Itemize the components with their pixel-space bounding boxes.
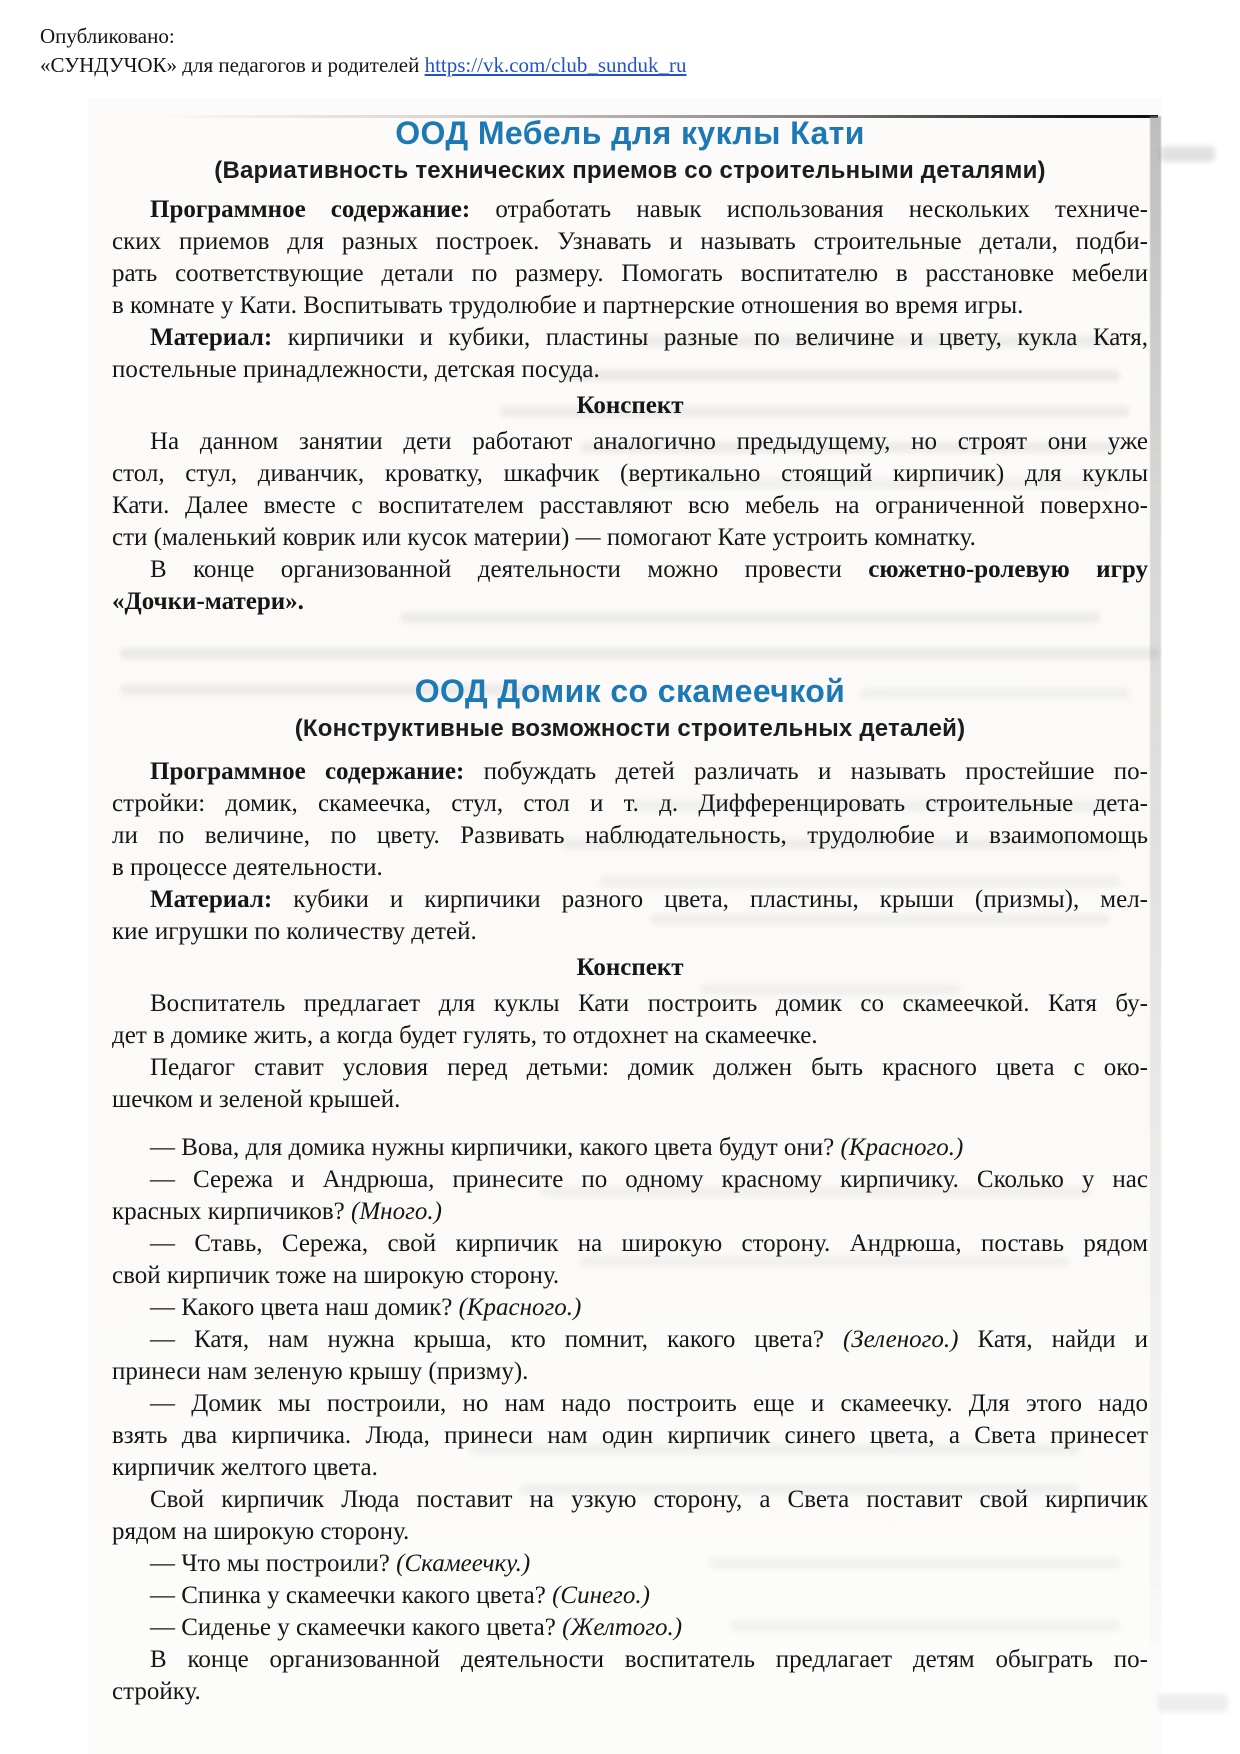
scan-right-edge — [1150, 116, 1161, 1646]
bold-run: Программное содержание: — [150, 758, 464, 785]
paragraph-6: На данном занятии дети работают аналогич… — [112, 426, 1148, 554]
text-run: На данном занятии дети работают аналогич… — [150, 428, 1148, 455]
bleed-through-artifact — [1160, 146, 1215, 162]
paragraph-22: — Что мы построили? (Скамеечку.) — [112, 1548, 1148, 1580]
text-run: рать соответствующие детали по размеру. … — [112, 260, 1148, 287]
text-line: Воспитатель предлагает для куклы Кати по… — [112, 988, 1148, 1020]
italic-answer-run: (Много.) — [351, 1198, 442, 1225]
text-run: шечком и зеленой крышей. — [112, 1086, 400, 1113]
text-line: дет в домике жить, а когда будет гулять,… — [112, 1020, 1148, 1052]
text-line: шечком и зеленой крышей. — [112, 1084, 1148, 1116]
text-run: в процессе деятельности. — [112, 854, 383, 881]
subtitle-9: (Конструктивные возможности строительных… — [112, 712, 1148, 746]
text-run: Катя, найди и — [959, 1326, 1149, 1353]
text-line: взять два кирпичика. Люда, принеси нам о… — [112, 1420, 1148, 1452]
text-line: Программное содержание: побуждать детей … — [112, 756, 1148, 788]
text-line: свой кирпичик тоже на широкую сторону. — [112, 1260, 1148, 1292]
text-run: сти (маленький коврик или кусок материи)… — [112, 524, 976, 551]
text-line: — Какого цвета наш домик? (Красного.) — [112, 1292, 1148, 1324]
text-run: — Что мы построили? — [150, 1550, 396, 1577]
text-line: сти (маленький коврик или кусок материи)… — [112, 522, 1148, 554]
paragraph-21: Свой кирпичик Люда поставит на узкую сто… — [112, 1484, 1148, 1548]
text-run: — Вова, для домика нужны кирпичики, како… — [150, 1134, 841, 1161]
paragraph-16: — Сережа и Андрюша, принесите по одному … — [112, 1164, 1148, 1228]
text-line: В конце организованной деятельности можн… — [112, 554, 1148, 586]
text-line: принеси нам зеленую крышу (призму). — [112, 1356, 1148, 1388]
text-line: рать соответствующие детали по размеру. … — [112, 258, 1148, 290]
text-line: ских приемов для разных построек. Узнава… — [112, 226, 1148, 258]
title-8: ООД Домик со скамеечкой — [112, 670, 1148, 712]
text-run: стройки: домик, скамеечка, стул, стол и … — [112, 790, 1148, 817]
text-line: стол, стул, диванчик, кроватку, шкафчик … — [112, 458, 1148, 490]
text-line: стройки: домик, скамеечка, стул, стол и … — [112, 788, 1148, 820]
text-run: Педагог ставит условия перед детьми: дом… — [150, 1054, 1148, 1081]
text-line: — Вова, для домика нужны кирпичики, како… — [112, 1132, 1148, 1164]
text-run: — Сережа и Андрюша, принесите по одному … — [150, 1166, 1148, 1193]
text-run: взять два кирпичика. Люда, принеси нам о… — [112, 1422, 1148, 1449]
published-prefix: «СУНДУЧОК» для педагогов и родителей — [40, 53, 425, 77]
text-line: В конце организованной деятельности восп… — [112, 1644, 1148, 1676]
text-line: в комнате у Кати. Воспитывать трудолюбие… — [112, 290, 1148, 322]
bleed-through-artifact — [1158, 1694, 1228, 1712]
text-line: постельные принадлежности, детская посуд… — [112, 354, 1148, 386]
text-line: — Катя, нам нужна крыша, кто помнит, как… — [112, 1324, 1148, 1356]
text-run: ли по величине, по цвету. Развивать набл… — [112, 822, 1148, 849]
paragraph-4: Материал: кирпичики и кубики, пластины р… — [112, 322, 1148, 386]
text-line: — Сиденье у скамеечки какого цвета? (Жел… — [112, 1612, 1148, 1644]
bold-run: Материал: — [150, 886, 272, 913]
text-run: Кати. Далее вместе с воспитателем расста… — [112, 492, 1148, 519]
text-run: ских приемов для разных построек. Узнава… — [112, 228, 1148, 255]
text-line: — Что мы построили? (Скамеечку.) — [112, 1548, 1148, 1580]
text-line: кие игрушки по количеству детей. — [112, 916, 1148, 948]
text-run: кирпичики и кубики, пластины разные по в… — [272, 324, 1148, 351]
heading-5: Конспект — [112, 390, 1148, 422]
paragraph-13: Воспитатель предлагает для куклы Кати по… — [112, 988, 1148, 1052]
text-run: свой кирпичик тоже на широкую сторону. — [112, 1262, 559, 1289]
paragraph-10: Программное содержание: побуждать детей … — [112, 756, 1148, 884]
text-run: стройку. — [112, 1678, 201, 1705]
text-line: «Дочки-матери». — [112, 586, 1148, 618]
italic-answer-run: (Скамеечку.) — [396, 1550, 530, 1577]
text-run: красных кирпичиков? — [112, 1198, 351, 1225]
text-run: побуждать детей различать и называть про… — [464, 758, 1148, 785]
text-line: стройку. — [112, 1676, 1148, 1708]
italic-answer-run: (Красного.) — [459, 1294, 582, 1321]
paragraph-18: — Какого цвета наш домик? (Красного.) — [112, 1292, 1148, 1324]
italic-answer-run: (Зеленого.) — [843, 1326, 959, 1353]
text-run: рядом на широкую сторону. — [112, 1518, 409, 1545]
paragraph-17: — Ставь, Сережа, свой кирпичик на широку… — [112, 1228, 1148, 1292]
paragraph-11: Материал: кубики и кирпичики разного цве… — [112, 884, 1148, 948]
text-line: — Домик мы построили, но нам надо постро… — [112, 1388, 1148, 1420]
paragraph-20: — Домик мы построили, но нам надо постро… — [112, 1388, 1148, 1484]
text-line: Материал: кубики и кирпичики разного цве… — [112, 884, 1148, 916]
text-line: — Сережа и Андрюша, принесите по одному … — [112, 1164, 1148, 1196]
text-run: В конце организованной деятельности можн… — [150, 556, 868, 583]
text-run: принеси нам зеленую крышу (призму). — [112, 1358, 528, 1385]
published-line: «СУНДУЧОК» для педагогов и родителей htt… — [40, 51, 687, 80]
bold-run: «Дочки-матери». — [112, 588, 304, 615]
text-line: — Ставь, Сережа, свой кирпичик на широку… — [112, 1228, 1148, 1260]
text-run: дет в домике жить, а когда будет гулять,… — [112, 1022, 818, 1049]
paragraph-25: В конце организованной деятельности восп… — [112, 1644, 1148, 1708]
text-run: — Ставь, Сережа, свой кирпичик на широку… — [150, 1230, 1148, 1257]
text-run: кие игрушки по количеству детей. — [112, 918, 477, 945]
text-run: Воспитатель предлагает для куклы Кати по… — [150, 990, 1148, 1017]
text-line: Программное содержание: отработать навык… — [112, 194, 1148, 226]
italic-answer-run: (Желтого.) — [562, 1614, 682, 1641]
published-header: Опубликовано: «СУНДУЧОК» для педагогов и… — [40, 22, 687, 80]
text-run: — Какого цвета наш домик? — [150, 1294, 459, 1321]
text-run: в комнате у Кати. Воспитывать трудолюбие… — [112, 292, 1023, 319]
paragraph-3: Программное содержание: отработать навык… — [112, 194, 1148, 322]
document-column: ООД Мебель для куклы Кати(Вариативность … — [112, 112, 1148, 1708]
italic-answer-run: (Синего.) — [552, 1582, 650, 1609]
paragraph-24: — Сиденье у скамеечки какого цвета? (Жел… — [112, 1612, 1148, 1644]
bold-run: Материал: — [150, 324, 272, 351]
subtitle-2: (Вариативность технических приемов со ст… — [112, 154, 1148, 188]
text-run: стол, стул, диванчик, кроватку, шкафчик … — [112, 460, 1148, 487]
italic-answer-run: (Красного.) — [841, 1134, 964, 1161]
text-line: ли по величине, по цвету. Развивать набл… — [112, 820, 1148, 852]
text-run: — Катя, нам нужна крыша, кто помнит, как… — [150, 1326, 843, 1353]
text-line: в процессе деятельности. — [112, 852, 1148, 884]
heading-12: Конспект — [112, 952, 1148, 984]
paragraph-19: — Катя, нам нужна крыша, кто помнит, как… — [112, 1324, 1148, 1388]
text-run: кубики и кирпичики разного цвета, пласти… — [272, 886, 1148, 913]
text-run: — Спинка у скамеечки какого цвета? — [150, 1582, 552, 1609]
bold-run: сюжетно-ролевую игру — [868, 556, 1148, 583]
text-line: — Спинка у скамеечки какого цвета? (Сине… — [112, 1580, 1148, 1612]
text-run: кирпичик желтого цвета. — [112, 1454, 378, 1481]
publisher-link[interactable]: https://vk.com/club_sunduk_ru — [425, 53, 687, 77]
text-line: Свой кирпичик Люда поставит на узкую сто… — [112, 1484, 1148, 1516]
bold-run: Программное содержание: — [150, 196, 470, 223]
paragraph-14: Педагог ставит условия перед детьми: дом… — [112, 1052, 1148, 1116]
text-line: Кати. Далее вместе с воспитателем расста… — [112, 490, 1148, 522]
text-line: Материал: кирпичики и кубики, пластины р… — [112, 322, 1148, 354]
text-run: отработать навык использования нескольки… — [470, 196, 1148, 223]
text-line: красных кирпичиков? (Много.) — [112, 1196, 1148, 1228]
text-line: кирпичик желтого цвета. — [112, 1452, 1148, 1484]
paragraph-23: — Спинка у скамеечки какого цвета? (Сине… — [112, 1580, 1148, 1612]
text-line: Педагог ставит условия перед детьми: дом… — [112, 1052, 1148, 1084]
published-label: Опубликовано: — [40, 22, 687, 51]
text-run: — Домик мы построили, но нам надо постро… — [150, 1390, 1148, 1417]
text-line: На данном занятии дети работают аналогич… — [112, 426, 1148, 458]
paragraph-15: — Вова, для домика нужны кирпичики, како… — [112, 1132, 1148, 1164]
text-run: В конце организованной деятельности восп… — [150, 1646, 1148, 1673]
text-run: — Сиденье у скамеечки какого цвета? — [150, 1614, 562, 1641]
title-1: ООД Мебель для куклы Кати — [112, 112, 1148, 154]
text-run: постельные принадлежности, детская посуд… — [112, 356, 600, 383]
paragraph-7: В конце организованной деятельности можн… — [112, 554, 1148, 618]
text-line: рядом на широкую сторону. — [112, 1516, 1148, 1548]
text-run: Свой кирпичик Люда поставит на узкую сто… — [150, 1486, 1148, 1513]
